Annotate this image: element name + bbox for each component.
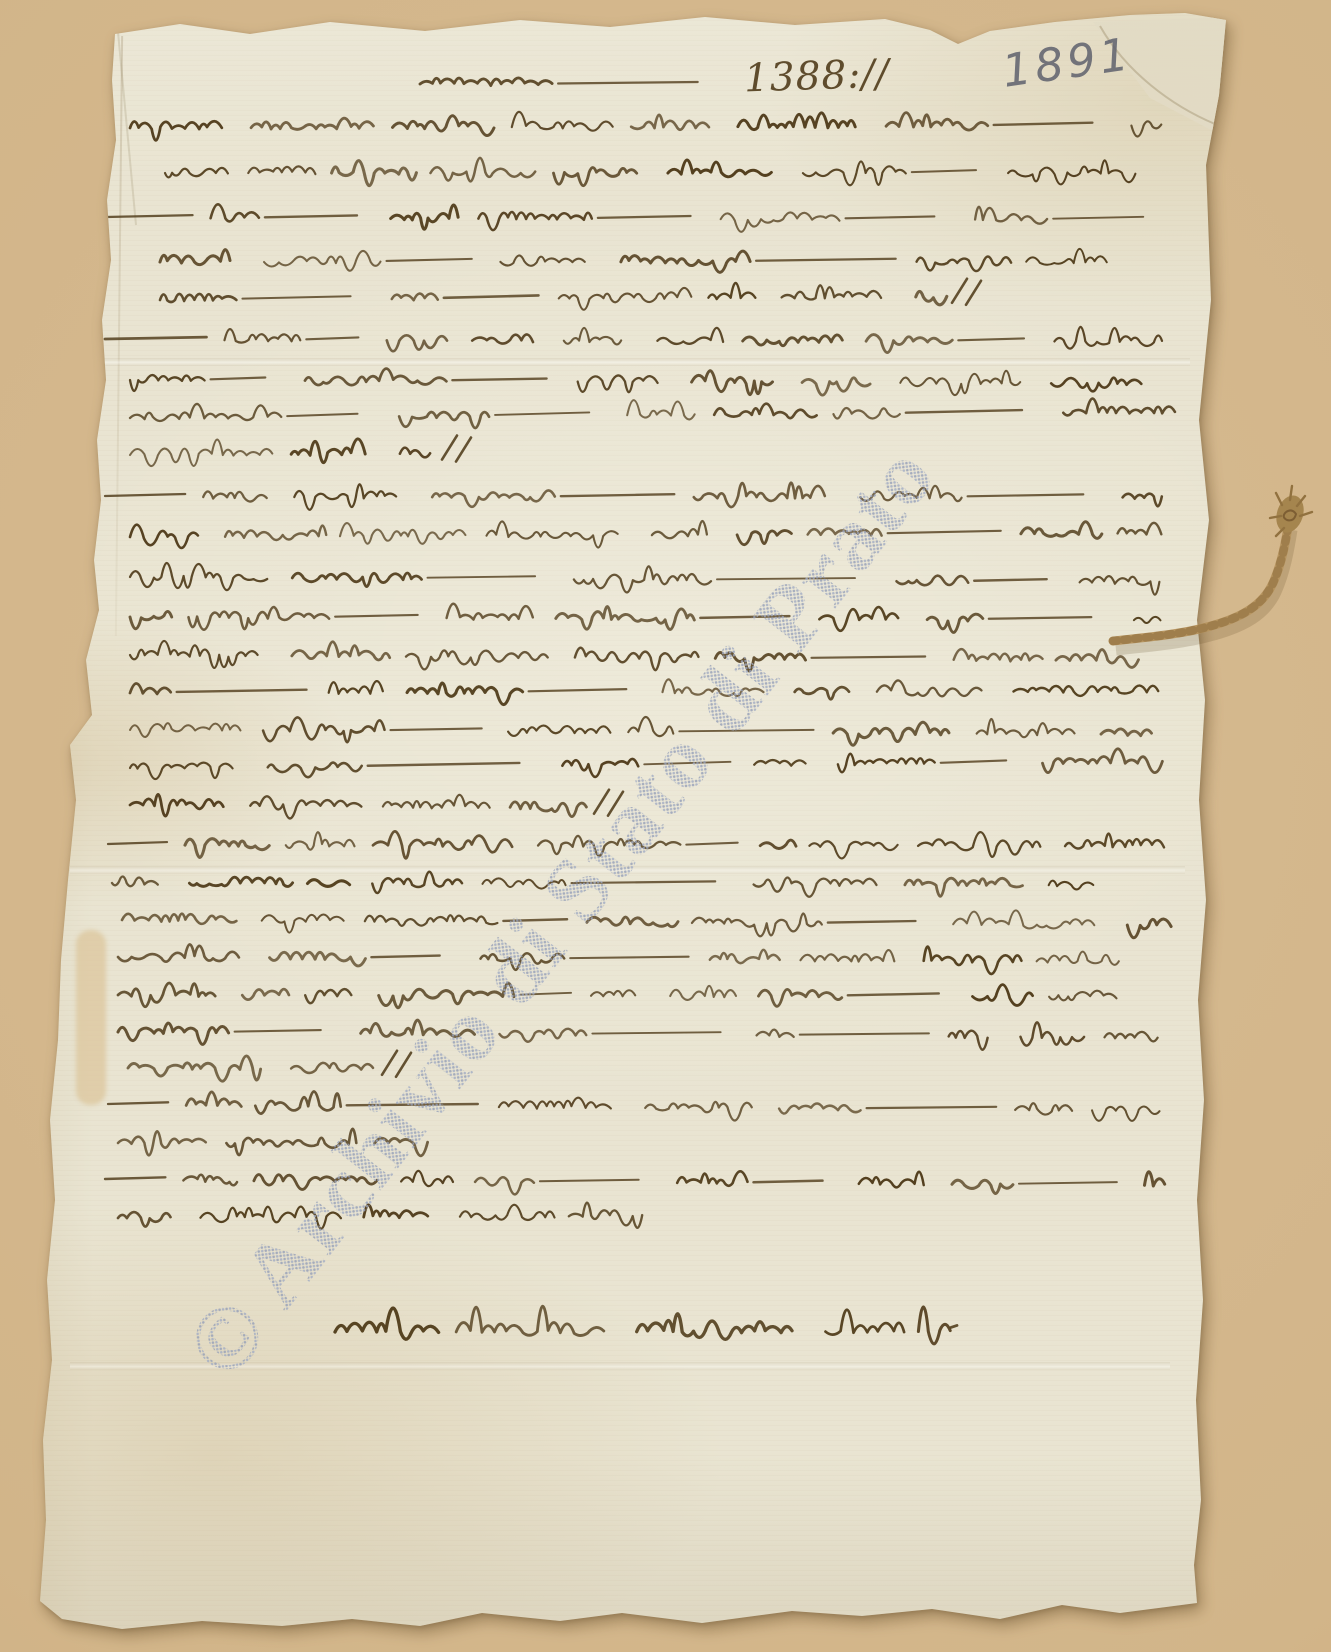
scan-background: 1388:// 1891 © Archivio di Stato di Prat…: [0, 0, 1331, 1652]
binding-thread: [0, 0, 1331, 1652]
